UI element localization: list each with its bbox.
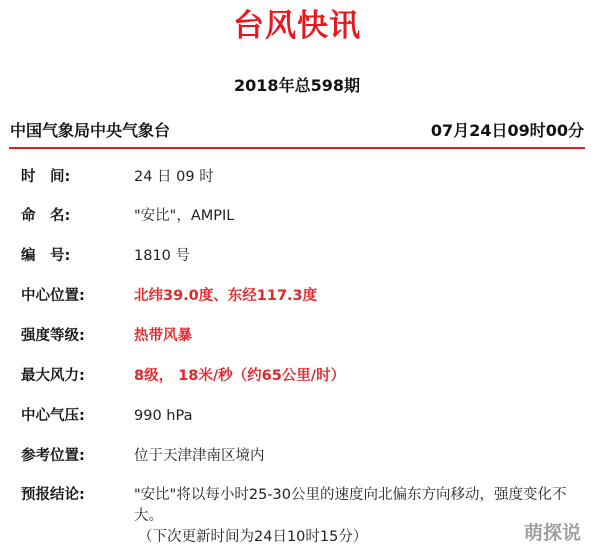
forecast-text: "安比"将以每小时25-30公里的速度向北偏东方向移动，强度变化不大。 [134,487,566,524]
field-label: 最大风力: [21,365,134,387]
page-title: 台风快讯 [0,4,594,48]
watermark: 萌探说 [524,518,581,545]
field-center-position: 中心位置: 北纬39.0度、东经117.3度 [21,285,317,307]
field-label: 预报结论: [21,485,134,548]
field-intensity: 强度等级: 热带风暴 [21,325,192,347]
field-reference-location: 参考位置: 位于天津津南区境内 [21,445,265,467]
field-label: 中心位置: [21,285,134,307]
field-value: 1810 号 [134,245,190,267]
field-center-pressure: 中心气压: 990 hPa [21,405,192,427]
next-update-note: （下次更新时间为24日10时15分） [134,527,574,548]
field-value: 24 日 09 时 [134,166,214,188]
field-label: 时 间: [21,166,134,188]
field-label: 编 号: [21,245,134,267]
field-value: 8级， 18米/秒（约65公里/时） [134,365,345,387]
issue-number: 2018年总598期 [0,75,594,97]
field-label: 命 名: [21,205,134,227]
field-value: "安比"，AMPIL [134,205,234,227]
field-value: 990 hPa [134,405,192,427]
issue-datetime: 07月24日09时00分 [431,118,584,141]
field-number: 编 号: 1810 号 [21,245,190,267]
field-label: 中心气压: [21,405,134,427]
field-label: 参考位置: [21,445,134,467]
forecast-body: "安比"将以每小时25-30公里的速度向北偏东方向移动，强度变化不大。 （下次更… [134,485,574,548]
field-value: 位于天津津南区境内 [134,445,265,467]
field-name: 命 名: "安比"，AMPIL [21,205,234,227]
header-divider [9,147,585,149]
publisher: 中国气象局中央气象台 [10,118,170,141]
field-forecast: 预报结论: "安比"将以每小时25-30公里的速度向北偏东方向移动，强度变化不大… [21,485,574,548]
field-max-wind: 最大风力: 8级， 18米/秒（约65公里/时） [21,365,345,387]
field-value: 热带风暴 [134,325,192,347]
bulletin-header: 中国气象局中央气象台 07月24日09时00分 [10,117,584,141]
field-value: 北纬39.0度、东经117.3度 [134,285,317,307]
field-label: 强度等级: [21,325,134,347]
field-time: 时 间: 24 日 09 时 [21,166,214,188]
